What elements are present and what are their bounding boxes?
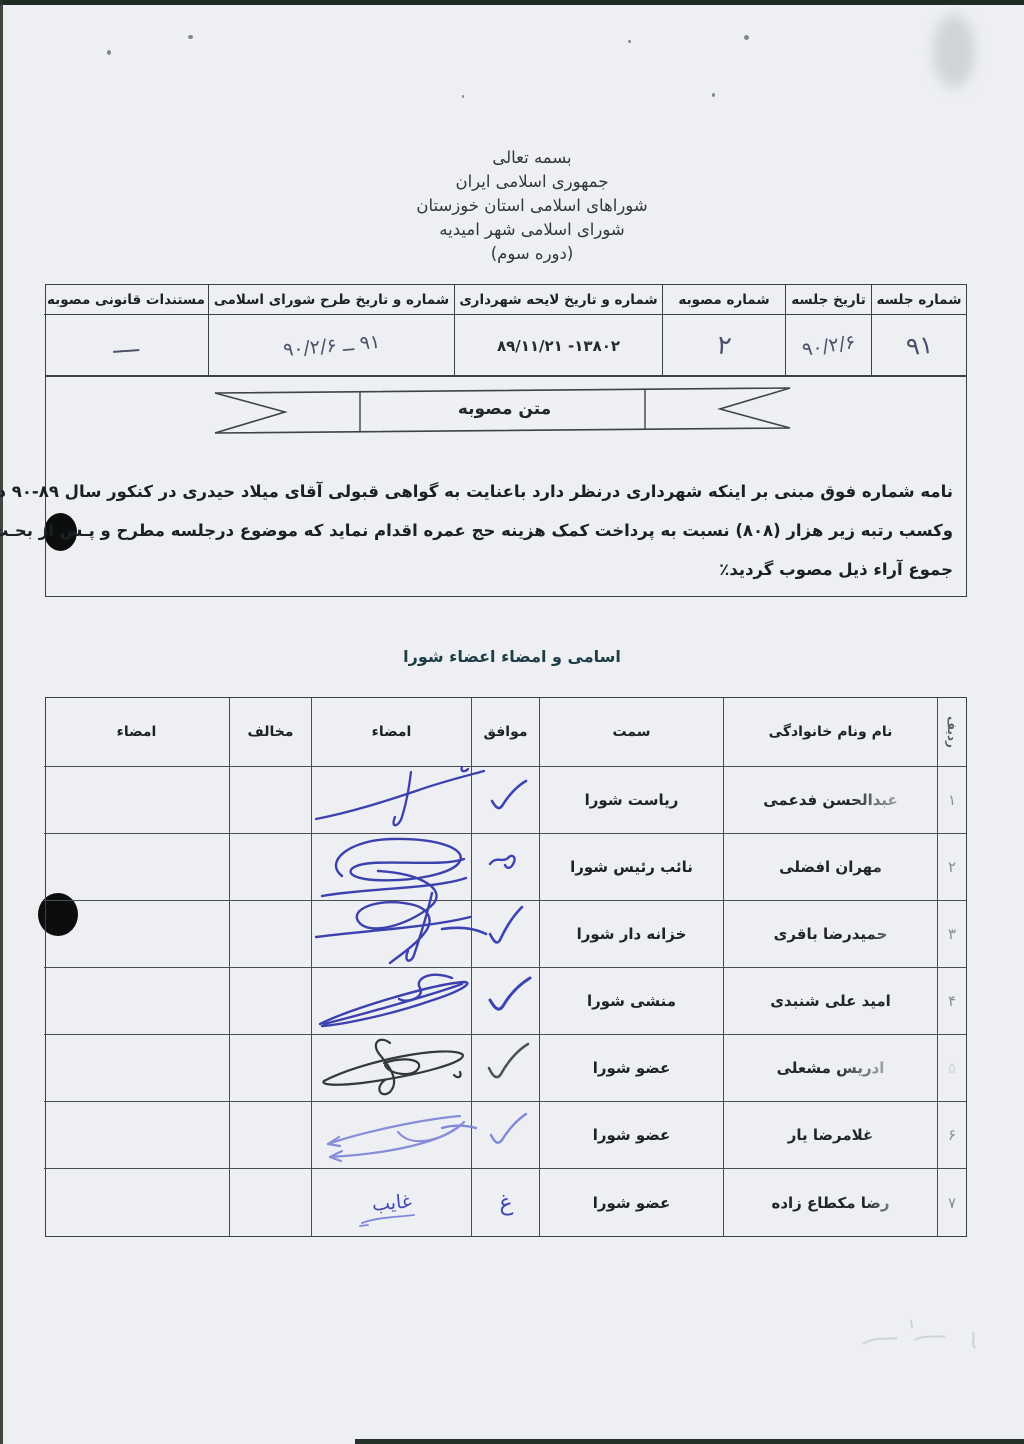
agree-check-mark bbox=[476, 1110, 536, 1160]
cell-agree-mark bbox=[471, 767, 539, 834]
scan-speck bbox=[462, 95, 464, 98]
cell-agree-mark bbox=[471, 1102, 539, 1169]
scanned-council-resolution-page: { "letterhead": { "lines": [ "بسمه تعالی… bbox=[0, 0, 1024, 1444]
resolution-body-box: متن مصوبه نامه شماره فوق مبنی بر اینکه ش… bbox=[45, 375, 967, 597]
cell-row-no: ۶ bbox=[948, 1126, 956, 1144]
cell-member-role: نائب رئیس شورا bbox=[539, 834, 723, 901]
cell-signature bbox=[311, 1102, 471, 1169]
agree-check-mark bbox=[476, 842, 536, 892]
cell-member-name: عبدالحسن فدعمی bbox=[723, 767, 937, 834]
cell-member-name: امید علی شنبدی bbox=[723, 968, 937, 1035]
letterhead: بسمه تعالی جمهوری اسلامی ایران شوراهای ا… bbox=[262, 146, 802, 266]
agree-check-mark bbox=[476, 909, 536, 959]
resolution-text-line-2: وکسب رتبه زیر هزار (۸۰۸) نسبت به پرداخت … bbox=[59, 511, 953, 550]
cell-member-role: منشی شورا bbox=[539, 968, 723, 1035]
meta-header-plan-no-date: شماره و تاریخ طرح شورای اسلامی bbox=[208, 285, 454, 315]
absent-note: غایب bbox=[371, 1190, 412, 1215]
resolution-text-line-1: نامه شماره فوق مبنی بر اینکه شهرداری درن… bbox=[59, 472, 953, 511]
agree-check-mark bbox=[476, 775, 536, 825]
sig-header-role: سمت bbox=[539, 698, 723, 767]
cell-signature-2 bbox=[44, 767, 229, 834]
meta-header-resolution-no: شماره مصوبه bbox=[662, 285, 785, 315]
cell-agree-mark bbox=[471, 834, 539, 901]
absent-underline-stroke bbox=[358, 1213, 418, 1227]
cell-signature bbox=[311, 968, 471, 1035]
cell-agree-mark: غ bbox=[471, 1169, 539, 1236]
cell-signature-2 bbox=[44, 901, 229, 968]
meta-value-legal-refs: ــــ bbox=[112, 332, 139, 359]
scan-smudge bbox=[933, 14, 975, 88]
cell-row-no: ۲ bbox=[948, 858, 956, 876]
meta-header-bill-no-date: شماره و تاریخ لایحه شهرداری bbox=[454, 285, 662, 315]
cell-row-no: ۴ bbox=[948, 992, 956, 1010]
signature-scribble bbox=[312, 1102, 472, 1169]
signature-scribble bbox=[312, 901, 472, 968]
cell-signature bbox=[311, 1035, 471, 1102]
cell-row-no: ۱ bbox=[948, 791, 956, 809]
cell-oppose-mark bbox=[229, 968, 311, 1035]
agree-check-mark bbox=[476, 1043, 536, 1093]
cell-agree-mark bbox=[471, 968, 539, 1035]
signatures-table: ردیف نام ونام خانوادگی سمت موافق امضاء م… bbox=[45, 697, 967, 1237]
sig-header-signature-2: امضاء bbox=[44, 698, 229, 767]
cell-agree-mark bbox=[471, 1035, 539, 1102]
cell-oppose-mark bbox=[229, 1035, 311, 1102]
meta-value-bill-no-date: ۱۳۸۰۲- ۸۹/۱۱/۲۱ bbox=[497, 337, 620, 355]
signature-scribble bbox=[312, 968, 472, 1035]
cell-member-name: حمیدرضا باقری bbox=[723, 901, 937, 968]
cell-member-name: مهران افضلی bbox=[723, 834, 937, 901]
faint-pencil-marks bbox=[845, 1318, 1005, 1364]
cell-signature-2 bbox=[44, 1102, 229, 1169]
meta-header-session-no: شماره جلسه bbox=[871, 285, 966, 315]
resolution-banner-title: متن مصوبه bbox=[362, 399, 647, 419]
sig-header-row-no: ردیف bbox=[945, 716, 959, 748]
cell-signature bbox=[311, 901, 471, 968]
cell-oppose-mark bbox=[229, 767, 311, 834]
scan-speck bbox=[628, 40, 631, 43]
cell-member-name: رضا مکطاع زاده bbox=[723, 1169, 937, 1236]
cell-member-role: ریاست شورا bbox=[539, 767, 723, 834]
scan-fade bbox=[875, 846, 909, 886]
scan-speck bbox=[188, 35, 193, 39]
cell-row-no: ۳ bbox=[948, 925, 956, 943]
sig-header-signature: امضاء bbox=[311, 698, 471, 767]
sig-header-agree: موافق bbox=[471, 698, 539, 767]
absent-letter-mark: غ bbox=[498, 1189, 514, 1216]
cell-member-name: ادریس مشعلی bbox=[723, 1035, 937, 1102]
letterhead-line-term: (دوره سوم) bbox=[262, 242, 802, 266]
cell-signature-2 bbox=[44, 968, 229, 1035]
cell-signature: غایب bbox=[311, 1169, 471, 1236]
cell-agree-mark bbox=[471, 901, 539, 968]
letterhead-line-city-council: شورای اسلامی شهر امیدیه bbox=[262, 218, 802, 242]
scan-fade bbox=[835, 1047, 907, 1087]
scan-speck bbox=[712, 93, 715, 97]
cell-member-role: عضو شورا bbox=[539, 1035, 723, 1102]
scan-fade bbox=[865, 1181, 917, 1221]
scan-fade bbox=[849, 779, 919, 819]
cell-oppose-mark bbox=[229, 1102, 311, 1169]
meta-value-session-no: ۹۱ bbox=[904, 330, 934, 362]
cell-signature-2 bbox=[44, 834, 229, 901]
meta-value-plan-no-date: ۹۱ ــ ۹۰/۲/۶ bbox=[282, 330, 381, 360]
scan-fade bbox=[865, 1114, 895, 1154]
meta-value-resolution-no: ۲ bbox=[715, 330, 733, 362]
scan-edge-left bbox=[0, 0, 3, 1444]
scan-edge-top bbox=[0, 0, 1024, 5]
scan-edge-bottom bbox=[355, 1439, 1024, 1444]
signatures-section-title: اسامی و امضاء اعضاء شورا bbox=[0, 647, 1024, 666]
meta-header-legal-refs: مستندات قانونی مصوبه bbox=[44, 285, 208, 315]
signature-scribble bbox=[312, 767, 472, 834]
cell-signature bbox=[311, 767, 471, 834]
cell-member-role: عضو شورا bbox=[539, 1102, 723, 1169]
sig-header-oppose: مخالف bbox=[229, 698, 311, 767]
meta-header-session-date: تاریخ جلسه bbox=[785, 285, 871, 315]
resolution-text: نامه شماره فوق مبنی بر اینکه شهرداری درن… bbox=[59, 472, 953, 589]
resolution-meta-table: شماره جلسه تاریخ جلسه شماره مصوبه شماره … bbox=[45, 284, 967, 377]
cell-signature bbox=[311, 834, 471, 901]
cell-oppose-mark bbox=[229, 901, 311, 968]
meta-value-session-date: ۹۰/۲/۶ bbox=[800, 330, 856, 360]
signature-scribble bbox=[312, 834, 472, 901]
agree-check-mark bbox=[476, 976, 536, 1026]
cell-signature-2 bbox=[44, 1035, 229, 1102]
scan-speck bbox=[744, 35, 749, 40]
cell-row-no: ۷ bbox=[948, 1194, 956, 1212]
cell-oppose-mark bbox=[229, 1169, 311, 1236]
scan-speck bbox=[107, 50, 111, 55]
cell-member-role: عضو شورا bbox=[539, 1169, 723, 1236]
resolution-text-line-3: جموع آراء ذیل مصوب گردید٪ bbox=[59, 550, 953, 589]
scan-fade bbox=[869, 913, 915, 953]
letterhead-line-basmala: بسمه تعالی bbox=[262, 146, 802, 170]
letterhead-line-republic: جمهوری اسلامی ایران bbox=[262, 170, 802, 194]
cell-signature-2 bbox=[44, 1169, 229, 1236]
signature-scribble bbox=[312, 1035, 472, 1102]
letterhead-line-province-councils: شوراهای اسلامی استان خوزستان bbox=[262, 194, 802, 218]
cell-row-no: ۵ bbox=[948, 1059, 956, 1077]
sig-header-name: نام ونام خانوادگی bbox=[723, 698, 937, 767]
cell-member-role: خزانه دار شورا bbox=[539, 901, 723, 968]
cell-member-name: غلامرضا یار bbox=[723, 1102, 937, 1169]
cell-oppose-mark bbox=[229, 834, 311, 901]
